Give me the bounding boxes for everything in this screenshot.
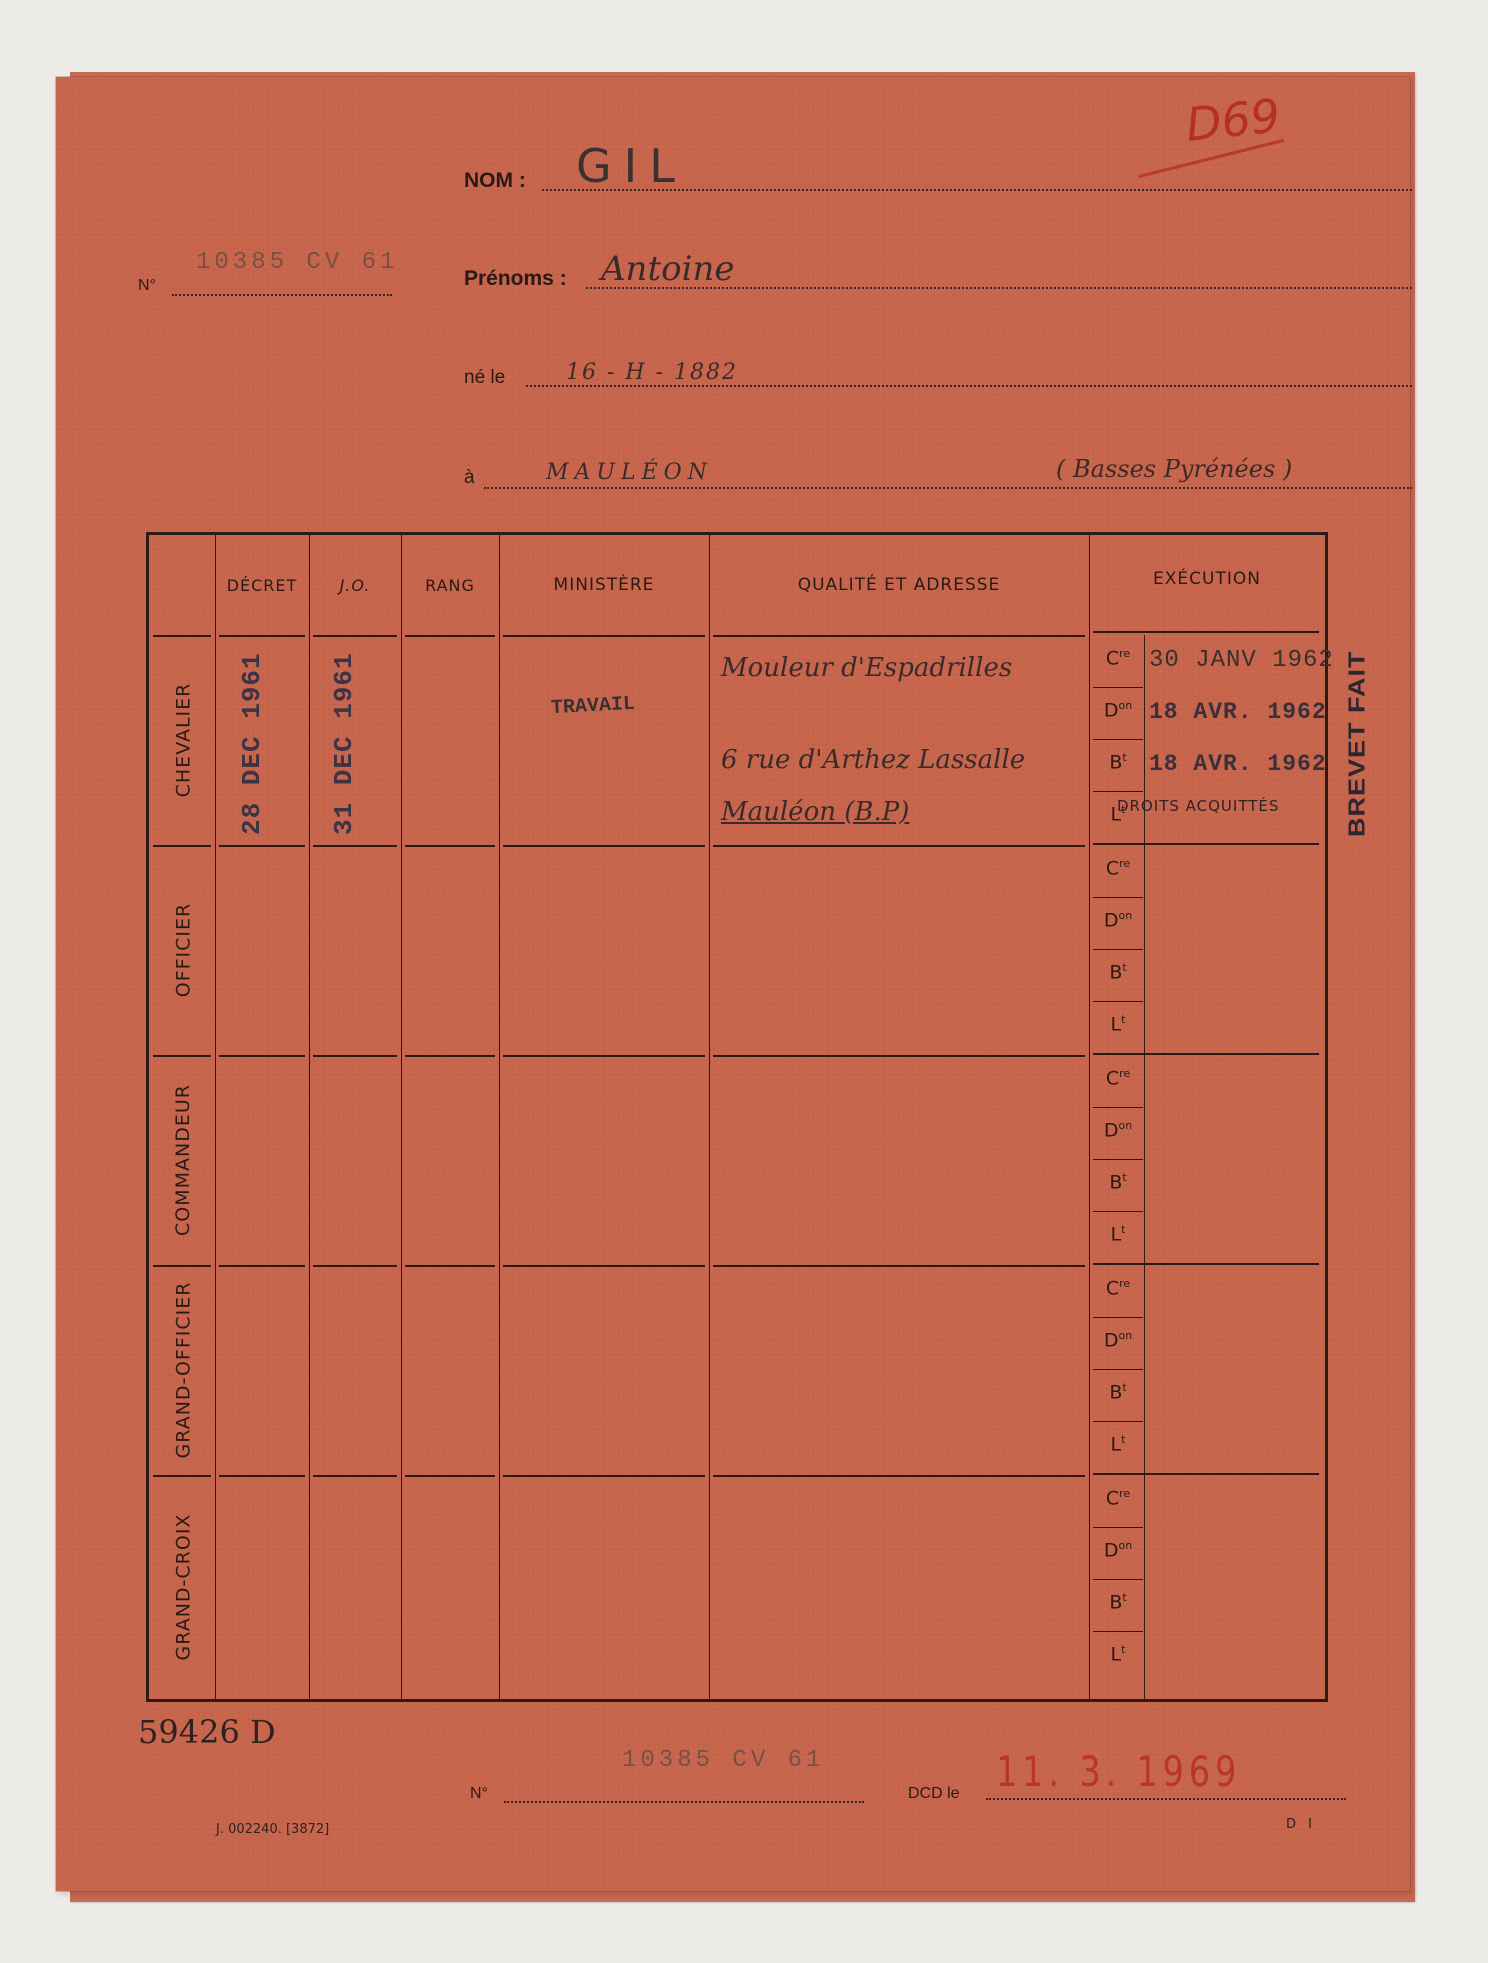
execution-bt-stamp: 18 AVR. 1962 [1149,751,1327,777]
brevet-fait-stamp: BREVET FAIT [1344,650,1370,837]
execution-lt-stamp: DROITS ACQUITTÉS [1117,797,1279,815]
number-label: N° [138,277,156,295]
col-divider [309,535,310,1699]
header-rang: RANG [401,535,499,635]
header-ministere: MINISTÈRE [499,535,709,635]
col-divider [215,535,216,1699]
lieu-label: à [464,467,475,489]
rank-commandeur: COMMANDEUR [153,1055,213,1265]
dcd-value: 11. 3. 1969 [996,1747,1241,1796]
dossier-number: 59426 D [138,1713,276,1751]
execution-don-stamp: 18 AVR. 1962 [1149,699,1327,725]
archive-card: D69 NOM : GIL 10385 CV 61 N° Prénoms : A… [56,77,1410,1891]
qualite-line-1: Mouleur d'Espadrilles [721,653,1012,683]
col-divider [1089,535,1090,1699]
dcd-line [986,1798,1346,1800]
header-jo: J.O. [309,535,401,635]
rank-chevalier: CHEVALIER [153,635,213,845]
number-line [172,294,392,296]
col-divider [499,535,500,1699]
ne-le-value: 16 - H - 1882 [566,360,738,385]
print-reference: J. 002240. [3872] [216,1822,329,1837]
header-decret: DÉCRET [215,535,309,635]
execution-cre-stamp: 30 JANV 1962 [1149,647,1334,674]
qualite-line-3: Mauléon (B.P) [721,797,909,827]
qualite-line-2: 6 rue d'Arthez Lassalle [721,745,1025,775]
rank-grand-croix: GRAND-CROIX [153,1475,213,1699]
jo-date-stamp: 31 DEC 1961 [329,652,359,835]
decret-date-stamp: 28 DEC 1961 [237,652,267,835]
ne-le-label: né le [464,367,505,389]
col-divider [401,535,402,1699]
footer-number-label: N° [470,1785,488,1803]
dcd-label: DCD le [908,1785,960,1803]
rank-grand-officier: GRAND-OFFICIER [153,1265,213,1475]
nom-value: GIL [576,139,687,193]
lieu-line [484,487,1412,489]
header-qualite: QUALITÉ ET ADRESSE [709,535,1089,635]
decoration-table: DÉCRET J.O. RANG MINISTÈRE QUALITÉ ET AD… [146,532,1328,1702]
lieu-region: ( Basses Pyrénées ) [1056,455,1292,483]
prenoms-value: Antoine [601,249,734,289]
nom-label: NOM : [464,169,526,193]
ministere-stamp: TRAVAIL [550,693,635,720]
rank-officier: OFFICIER [153,845,213,1055]
exec-sub-divider [1144,635,1145,1699]
header-execution: EXÉCUTION [1089,529,1325,629]
col-divider [709,535,710,1699]
number-stamp: 10385 CV 61 [196,249,398,276]
form-code: D I [1286,1817,1316,1832]
footer-number-stamp: 10385 CV 61 [622,1747,824,1774]
prenoms-label: Prénoms : [464,267,567,291]
ne-le-line [526,385,1412,387]
footer-number-line [504,1801,864,1803]
lieu-value: MAULÉON [546,460,713,485]
